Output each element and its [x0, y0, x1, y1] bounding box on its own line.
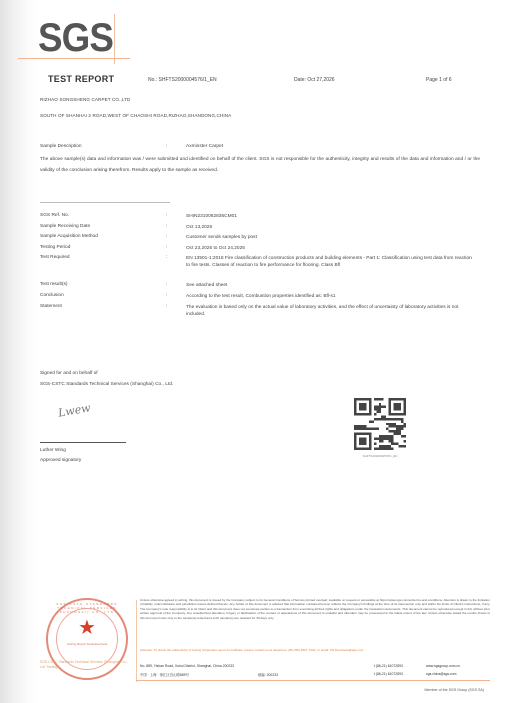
detail-label: Testing Period — [40, 245, 70, 250]
detail-value: According to the test result, Combustion… — [186, 293, 476, 300]
signed-for-label: Signed for and on behalf of — [40, 368, 173, 379]
disclaimer-paragraph: The above sample(s) data and information… — [40, 154, 480, 176]
footer-divider-vertical — [136, 600, 137, 682]
signing-company: SGS-CSTC Standards Technical Services (S… — [40, 379, 173, 390]
detail-row: Test result(s) : See attached sheet — [40, 282, 480, 293]
detail-value: Oct 13,2026 — [186, 224, 476, 231]
page-indicator: Page 1 of 6 — [426, 77, 452, 83]
member-statement: Member of the SGS Group (SGS SA) — [424, 688, 484, 692]
colon: : — [166, 213, 167, 218]
address-text: 中国 · 上海 · 徐汇区宜山路889号 — [140, 672, 189, 677]
detail-label: Test Required — [40, 255, 70, 260]
detail-value: See attached sheet — [186, 282, 476, 289]
colon: : — [166, 304, 167, 309]
qr-caption: SHFTS2000004576/1_EN — [354, 454, 406, 458]
legal-terms: Unless otherwise agreed in writing, this… — [140, 598, 490, 620]
colon: : — [166, 282, 167, 287]
phone: t (86-21) 61072893 — [374, 664, 403, 668]
footer-divider — [136, 680, 490, 681]
detail-row: Sample Acquisition Method : Customer sen… — [40, 234, 480, 245]
logo-accent-vline — [114, 14, 115, 64]
report-header: TEST REPORT No.: SHFTS2000004576/1_EN Da… — [48, 76, 472, 88]
detail-label: Sample Acquisition Method — [40, 234, 98, 239]
detail-label: SGS Ref. No. — [40, 213, 69, 218]
client-address: SOUTH OF SHANHAI 2 ROAD,WEST OF CHAOSHI … — [40, 113, 231, 118]
colon: : — [166, 144, 167, 149]
report-date: Date: Oct 27,2026 — [294, 77, 335, 83]
detail-row: Test Required : EN 13501-1:2018 Fire cla… — [40, 255, 480, 282]
section-divider — [40, 202, 170, 203]
postcode: 邮编: 200233 — [258, 672, 278, 677]
detail-row: Conclusion : According to the test resul… — [40, 293, 480, 304]
colon: : — [166, 255, 167, 260]
sample-description-label: Sample Description — [40, 144, 82, 149]
address-text: No. 889, Yishan Road, Xuhui District, Sh… — [140, 664, 234, 668]
footer-side-note: SGS-CSTC Standards Technical Services (S… — [40, 660, 130, 670]
detail-value: The evaluation is based only on the actu… — [186, 304, 476, 318]
seal-ring-text: SGS-CSTC STANDARDS TECHNICAL SERVICES (S… — [50, 602, 124, 614]
signatory-title: Approved signatory — [40, 456, 81, 466]
report-title: TEST REPORT — [48, 74, 114, 84]
colon: : — [166, 293, 167, 298]
detail-label: Test result(s) — [40, 282, 67, 287]
report-details: SGS Ref. No. : SHIN2310082836CM01 Sample… — [40, 213, 480, 323]
detail-value: Customer sends samples by post — [186, 234, 476, 241]
test-report-page: SGS TEST REPORT No.: SHFTS2000004576/1_E… — [0, 0, 512, 703]
detail-row: Testing Period : Oct 23,2026 to Oct 24,2… — [40, 245, 480, 256]
detail-value: Oct 23,2026 to Oct 24,2026 — [186, 245, 476, 252]
signed-block: Signed for and on behalf of SGS-CSTC Sta… — [40, 368, 173, 390]
client-name: RIZHAO SONGSHENG CARPET CO.,LTD — [40, 97, 130, 102]
detail-row: Sample Receiving Date : Oct 13,2026 — [40, 224, 480, 235]
colon: : — [166, 245, 167, 250]
signature-line — [40, 442, 126, 443]
authenticity-notice: Attention: To check the authenticity of … — [140, 648, 490, 652]
signatory-name: Luther Wing — [40, 446, 81, 456]
report-number: No.: SHFTS2000004576/1_EN — [148, 77, 217, 83]
colon: : — [166, 234, 167, 239]
detail-value: SHIN2310082836CM01 — [186, 213, 476, 220]
signatory: Luther Wing Approved signatory — [40, 446, 81, 466]
detail-label: Statement — [40, 304, 62, 309]
phone: t (86-21) 61072893 — [374, 672, 403, 676]
detail-label: Sample Receiving Date — [40, 224, 90, 229]
website-link[interactable]: www.sgsgroup.com.cn — [426, 664, 460, 668]
star-icon: ★ — [48, 618, 126, 638]
sgs-logo: SGS — [38, 16, 113, 60]
detail-label: Conclusion — [40, 293, 64, 298]
seal-inner-text: Testing Report Dedicated Seal — [60, 642, 114, 647]
colon: : — [166, 224, 167, 229]
email-link[interactable]: sgs.china@sgs.com — [426, 672, 456, 676]
handwritten-signature: Lwew — [57, 401, 91, 419]
detail-row: Statement : The evaluation is based only… — [40, 304, 480, 323]
sample-description-value: Axminster Carpet — [186, 144, 223, 149]
detail-value: EN 13501-1:2018 Fire classification of c… — [186, 255, 476, 269]
qr-code-icon[interactable] — [354, 398, 406, 450]
detail-row: SGS Ref. No. : SHIN2310082836CM01 — [40, 213, 480, 224]
